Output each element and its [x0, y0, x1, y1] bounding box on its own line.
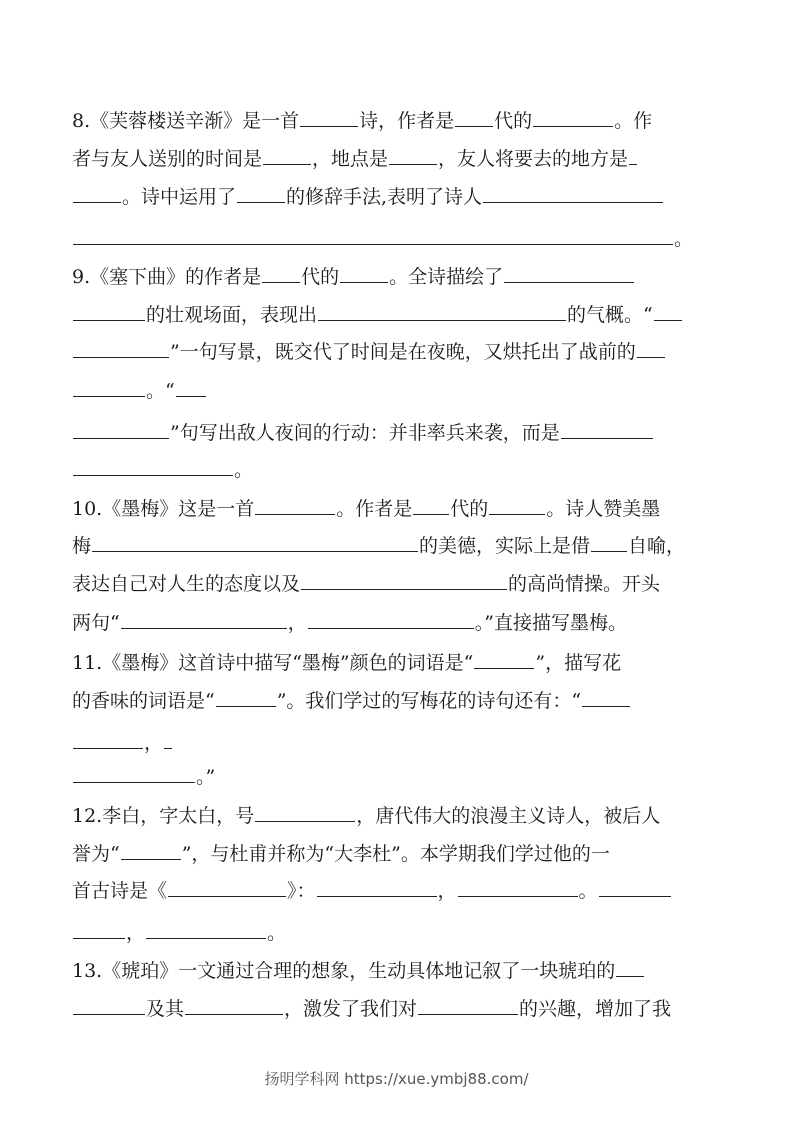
answer-blank[interactable] [458, 878, 578, 897]
answer-blank[interactable] [301, 571, 507, 590]
question-text: 的兴趣，增加了我 [519, 998, 671, 1020]
answer-blank[interactable] [185, 996, 283, 1015]
answer-blank[interactable] [216, 688, 276, 707]
question-text: 》： [287, 880, 316, 902]
question-text: 。” [196, 766, 215, 788]
answer-blank[interactable] [561, 420, 653, 439]
answer-blank[interactable] [164, 730, 172, 749]
question-text: ，激发了我们对 [284, 998, 417, 1020]
question-text: 。诗人赞美墨 [546, 498, 660, 520]
answer-blank[interactable] [73, 996, 145, 1015]
question-text: ”，与杜甫并称为“大李杜”。本学期我们学过他的一 [182, 843, 610, 865]
question-8-line-4: 。 [72, 226, 693, 250]
question-text: ， [144, 732, 163, 754]
answer-blank[interactable] [73, 920, 125, 939]
question-text: 。”直接描写墨梅。 [475, 612, 627, 634]
answer-blank[interactable] [418, 996, 518, 1015]
question-text: ， [288, 612, 307, 634]
question-text: 表达自己对人生的态度以及 [72, 573, 300, 595]
question-text: 。 [267, 922, 286, 944]
answer-blank[interactable] [146, 920, 266, 939]
question-9-line-1: 9.《塞下曲》的作者是代的。全诗描绘了 [72, 264, 635, 288]
question-text: 自喻， [628, 535, 685, 557]
answer-blank[interactable] [121, 610, 287, 629]
answer-blank[interactable] [73, 226, 673, 245]
answer-blank[interactable] [262, 264, 300, 283]
question-text: 9.《塞下曲》的作者是 [72, 266, 261, 288]
question-text: 。作 [614, 110, 652, 132]
question-11-line-4: 。” [72, 764, 215, 788]
question-text: ，唐代伟大的浪漫主义诗人，被后人 [356, 805, 660, 827]
answer-blank[interactable] [73, 420, 169, 439]
footer-url: https://xue.ymbj88.com/ [344, 1070, 528, 1088]
answer-blank[interactable] [504, 264, 634, 283]
question-11-line-1: 11.《墨梅》这首诗中描写“墨梅”颜色的词语是“”，描写花 [72, 650, 621, 674]
question-text: ”。我们学过的写梅花的诗句还有：“ [277, 690, 581, 712]
answer-blank[interactable] [73, 378, 145, 397]
question-13-line-1: 13.《琥珀》一文通过合理的想象，生动具体地记叙了一块琥珀的 [72, 958, 645, 982]
question-text: 。 [234, 459, 253, 481]
answer-blank[interactable] [300, 108, 358, 127]
question-9-line-2: 的壮观场面，表现出的气概。“ [72, 302, 683, 326]
question-text: ，地点是 [312, 148, 388, 170]
footer-watermark: 扬明学科网 https://xue.ymbj88.com/ [0, 1068, 793, 1089]
question-12-line-1: 12.李白，字太白，号，唐代伟大的浪漫主义诗人，被后人 [72, 803, 660, 827]
question-12-line-3: 首古诗是《》：，。 [72, 878, 672, 902]
answer-blank[interactable] [263, 146, 311, 165]
answer-blank[interactable] [73, 730, 143, 749]
answer-blank[interactable] [317, 878, 437, 897]
answer-blank[interactable] [582, 688, 630, 707]
answer-blank[interactable] [389, 146, 437, 165]
question-10-line-2: 梅的美德，实际上是借自喻， [72, 533, 685, 557]
question-text: 13.《琥珀》一文通过合理的想象，生动具体地记叙了一块琥珀的 [72, 960, 615, 982]
answer-blank[interactable] [340, 264, 388, 283]
answer-blank[interactable] [489, 496, 545, 515]
answer-blank[interactable] [591, 533, 627, 552]
answer-blank[interactable] [73, 184, 121, 203]
question-10-line-3: 表达自己对人生的态度以及的高尚情操。开头 [72, 571, 660, 595]
question-text: 誉为“ [72, 843, 120, 865]
answer-blank[interactable] [308, 610, 474, 629]
question-text: 两句“ [72, 612, 120, 634]
question-text: 诗，作者是 [359, 110, 454, 132]
answer-blank[interactable] [629, 146, 637, 165]
question-8-line-3: 。诗中运用了的修辞手法,表明了诗人 [72, 184, 664, 208]
question-9-line-5: ”句写出敌人夜间的行动：并非率兵来袭，而是 [72, 420, 654, 444]
question-text: 。全诗描绘了 [389, 266, 503, 288]
answer-blank[interactable] [73, 457, 233, 476]
answer-blank[interactable] [121, 841, 181, 860]
question-text: 的气概。“ [567, 304, 653, 326]
question-text: 。“ [146, 380, 175, 402]
question-text: 及其 [146, 998, 184, 1020]
question-11-line-3: ， [72, 730, 173, 754]
answer-blank[interactable] [255, 496, 335, 515]
question-text: ”，描写花 [535, 652, 621, 674]
answer-blank[interactable] [73, 302, 145, 321]
answer-blank[interactable] [255, 803, 355, 822]
question-text: 的壮观场面，表现出 [146, 304, 317, 326]
answer-blank[interactable] [413, 496, 449, 515]
answer-blank[interactable] [92, 533, 418, 552]
answer-blank[interactable] [237, 184, 285, 203]
question-text: ”句写出敌人夜间的行动：并非率兵来袭，而是 [170, 422, 560, 444]
answer-blank[interactable] [176, 378, 206, 397]
answer-blank[interactable] [483, 184, 663, 203]
question-text: 。作者是 [336, 498, 412, 520]
question-text: 代的 [494, 110, 532, 132]
question-text: 者与友人送别的时间是 [72, 148, 262, 170]
question-10-line-1: 10.《墨梅》这是一首。作者是代的。诗人赞美墨 [72, 496, 660, 520]
answer-blank[interactable] [533, 108, 613, 127]
question-text: 11.《墨梅》这首诗中描写“墨梅”颜色的词语是“ [72, 652, 473, 674]
question-9-line-4: 。“ [72, 378, 207, 402]
question-8-line-2: 者与友人送别的时间是，地点是，友人将要去的地方是 [72, 146, 638, 170]
question-text: ”一句写景，既交代了时间是在夜晚，又烘托出了战前的 [170, 341, 636, 363]
question-12-line-4: ，。 [72, 920, 286, 944]
answer-blank[interactable] [654, 302, 682, 321]
question-text: 的修辞手法,表明了诗人 [286, 186, 482, 208]
question-text: 。诗中运用了 [122, 186, 236, 208]
question-8-line-1: 8.《芙蓉楼送辛渐》是一首诗，作者是代的。作 [72, 108, 652, 132]
question-text: 的高尚情操。开头 [508, 573, 660, 595]
question-text: 。 [674, 228, 693, 250]
question-text: ， [438, 880, 457, 902]
answer-blank[interactable] [318, 302, 566, 321]
answer-blank[interactable] [616, 958, 644, 977]
question-text: 8.《芙蓉楼送辛渐》是一首 [72, 110, 299, 132]
question-text: ，友人将要去的地方是 [438, 148, 628, 170]
footer-site-name: 扬明学科网 [264, 1070, 339, 1088]
question-text: 代的 [450, 498, 488, 520]
answer-blank[interactable] [168, 878, 286, 897]
answer-blank[interactable] [73, 764, 195, 783]
question-12-line-2: 誉为“”，与杜甫并称为“大李杜”。本学期我们学过他的一 [72, 841, 610, 865]
answer-blank[interactable] [599, 878, 671, 897]
answer-blank[interactable] [474, 650, 534, 669]
answer-blank[interactable] [455, 108, 493, 127]
question-9-line-6: 。 [72, 457, 253, 481]
answer-blank[interactable] [637, 339, 665, 358]
question-text: 12.李白，字太白，号 [72, 805, 254, 827]
question-text: 的美德，实际上是借 [419, 535, 590, 557]
answer-blank[interactable] [73, 339, 169, 358]
question-9-line-3: ”一句写景，既交代了时间是在夜晚，又烘托出了战前的 [72, 339, 666, 363]
question-text: 的香味的词语是“ [72, 690, 215, 712]
question-text: 代的 [301, 266, 339, 288]
question-text: 梅 [72, 535, 91, 557]
question-10-line-4: 两句“，。”直接描写墨梅。 [72, 610, 627, 634]
question-text: ， [126, 922, 145, 944]
question-text: 10.《墨梅》这是一首 [72, 498, 254, 520]
question-11-line-2: 的香味的词语是“”。我们学过的写梅花的诗句还有：“ [72, 688, 631, 712]
question-text: 。 [579, 880, 598, 902]
question-text: 首古诗是《 [72, 880, 167, 902]
question-13-line-2: 及其，激发了我们对的兴趣，增加了我 [72, 996, 671, 1020]
